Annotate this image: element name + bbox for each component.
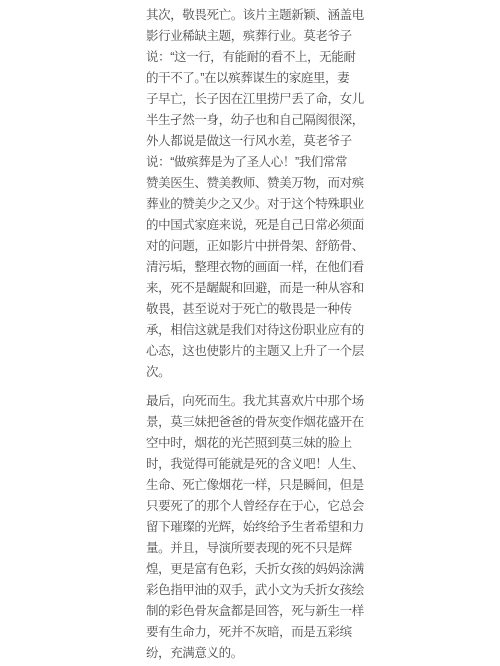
text-line: 的中国式家庭来说，死是自己日常必须面: [146, 215, 376, 236]
text-line: 要有生命力，死并不灰暗，而是五彩缤: [146, 622, 376, 643]
text-line: 心态，这也使影片的主题又上升了一个层: [146, 341, 376, 362]
document-page: 其次，敬畏死亡。该片主题新颖、涵盖电影行业稀缺主题，殡葬行业。莫老爷子说：“这一…: [0, 0, 500, 666]
paragraph-live-toward-death: 最后，向死而生。我尤其喜欢片中那个场景，莫三妹把爸爸的骨灰变作烟花盛开在空中时，…: [146, 391, 376, 664]
text-line: 彩色指甲油的双手，武小文为夭折女孩绘: [146, 580, 376, 601]
text-line: 影行业稀缺主题，殡葬行业。莫老爷子: [146, 26, 376, 47]
text-line: 的干不了。”在以殡葬谋生的家庭里，妻: [146, 68, 376, 89]
text-line: 次。: [146, 362, 376, 383]
text-line: 敬畏，甚至说对于死亡的敬畏是一种传: [146, 299, 376, 320]
text-line: 子早亡，长子因在江里捞尸丢了命，女儿: [146, 89, 376, 110]
text-line: 说：“这一行，有能耐的看不上，无能耐: [146, 47, 376, 68]
text-line: 对的问题，正如影片中拼骨架、舒筋骨、: [146, 236, 376, 257]
text-line: 半生孑然一身，幼子也和自己隔阂很深，: [146, 110, 376, 131]
text-line: 葬业的赞美少之又少。对于这个特殊职业: [146, 194, 376, 215]
text-line: 承，相信这就是我们对待这份职业应有的: [146, 320, 376, 341]
text-line: 留下璀璨的光辉，始终给予生者希望和力: [146, 517, 376, 538]
text-line: 最后，向死而生。我尤其喜欢片中那个场: [146, 391, 376, 412]
text-line: 量。并且，导演所要表现的死不只是辉: [146, 538, 376, 559]
text-line: 外人都说是做这一行风水差，莫老爷子: [146, 131, 376, 152]
text-line: 赞美医生、赞美教师、赞美万物，而对殡: [146, 173, 376, 194]
text-line: 景，莫三妹把爸爸的骨灰变作烟花盛开在: [146, 412, 376, 433]
text-line: 空中时，烟花的光芒照到莫三妹的脸上: [146, 433, 376, 454]
text-line: 纷，充满意义的。: [146, 643, 376, 664]
text-line: 清污垢，整理衣物的画面一样，在他们看: [146, 257, 376, 278]
text-line: 生命、死亡像烟花一样，只是瞬间，但是: [146, 475, 376, 496]
paragraph-respect-death: 其次，敬畏死亡。该片主题新颖、涵盖电影行业稀缺主题，殡葬行业。莫老爷子说：“这一…: [146, 5, 376, 383]
text-line: 时，我觉得可能就是死的含义吧！人生、: [146, 454, 376, 475]
text-line: 说：“做殡葬是为了圣人心！”我们常常: [146, 152, 376, 173]
essay-text-column: 其次，敬畏死亡。该片主题新颖、涵盖电影行业稀缺主题，殡葬行业。莫老爷子说：“这一…: [146, 5, 376, 664]
text-line: 只要死了的那个人曾经存在于心，它总会: [146, 496, 376, 517]
text-line: 制的彩色骨灰盒都是回答，死与新生一样: [146, 601, 376, 622]
text-line: 其次，敬畏死亡。该片主题新颖、涵盖电: [146, 5, 376, 26]
text-line: 来，死不是龌龊和回避，而是一种从容和: [146, 278, 376, 299]
text-line: 煌，更是富有色彩，夭折女孩的妈妈涂满: [146, 559, 376, 580]
